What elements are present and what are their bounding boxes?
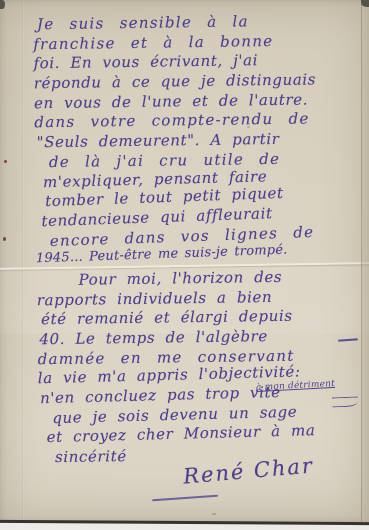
signature-underline-flourish [152,495,218,502]
paper-speck [4,160,7,163]
letter-photo: Je suis sensible à la franchise et à la … [0,0,369,530]
letter-text: Je suis sensible à la franchise et à la … [33,11,369,468]
paper-speck [361,0,369,7]
paper-sheet: Je suis sensible à la franchise et à la … [0,0,369,522]
paper-speck [212,513,216,515]
paper-speck [0,0,5,9]
paper-speck [3,237,6,241]
vertical-fold-crease [22,0,24,522]
